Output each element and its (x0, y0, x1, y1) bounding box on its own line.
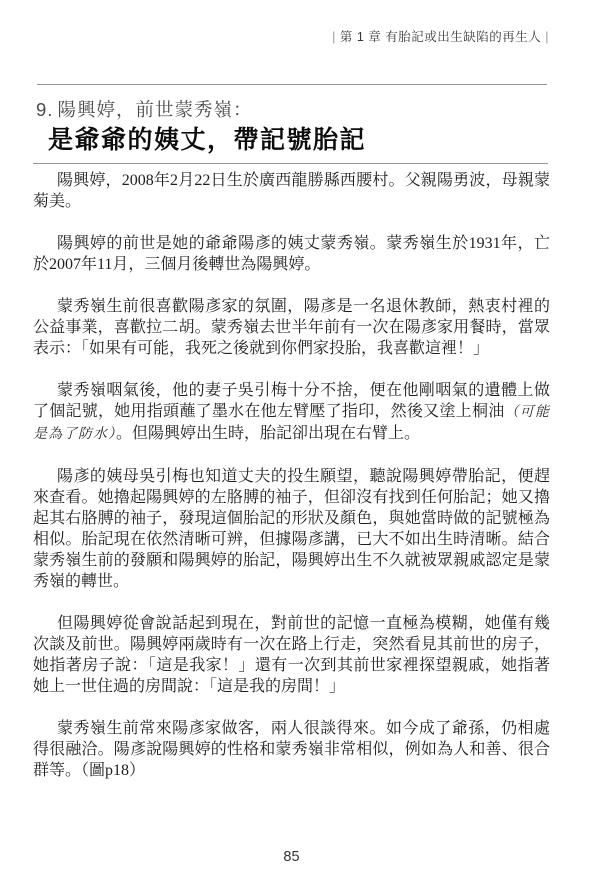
paragraph-body-mark: 蒙秀嶺咽氣後，他的妻子吳引梅十分不捨，便在他剛咽氣的遺體上做了個記號，她用指頭蘸… (33, 380, 550, 445)
paragraph-memories: 但陽興婷從會說話起到現在，對前世的記憶一直極為模糊，她僅有幾次談及前世。陽興婷兩… (33, 613, 550, 697)
paragraph-previous-life: 陽興婷的前世是她的爺爺陽彥的姨丈蒙秀嶺。蒙秀嶺生於1931年，亡於2007年11… (33, 233, 550, 275)
chapter-title: 第 1 章 有胎記或出生缺陷的再生人 (340, 30, 541, 44)
header-right-bar: | (541, 30, 553, 44)
top-rule (37, 84, 547, 85)
section-label: 9.陽興婷，前世蒙秀嶺： (36, 96, 252, 122)
running-header: |第 1 章 有胎記或出生缺陷的再生人| (328, 27, 553, 45)
article-body: 陽興婷，2008年2月22日生於廣西龍勝縣西腰村。父親陽勇波，母親蒙菊美。 陽興… (33, 170, 550, 781)
paragraph-body-mark-text: 蒙秀嶺咽氣後，他的妻子吳引梅十分不捨，便在他剛咽氣的遺體上做了個記號，她用指頭蘸… (33, 382, 550, 420)
section-subtitle: 是爺爺的姨丈，帶記號胎記 (48, 120, 366, 156)
paragraph-birthmark-check: 陽彥的姨母吳引梅也知道丈夫的投生願望，聽說陽興婷帶胎記，便趕來查看。她擼起陽興婷… (33, 466, 550, 592)
paragraph-body-mark-text-end: 。但陽興婷出生時，胎記卻出現在右臂上。 (116, 425, 420, 442)
heading-rule (33, 163, 548, 164)
header-left-bar: | (328, 30, 340, 44)
section-number: 9. (36, 99, 53, 120)
section-title: 陽興婷，前世蒙秀嶺： (57, 99, 252, 120)
paragraph-lifetime-wish: 蒙秀嶺生前很喜歡陽彥家的氛圍，陽彥是一名退休教師，熱衷村裡的公益事業，喜歡拉二胡… (33, 296, 550, 359)
book-page: |第 1 章 有胎記或出生缺陷的再生人| 9.陽興婷，前世蒙秀嶺： 是爺爺的姨丈… (0, 0, 605, 896)
paragraph-personality: 蒙秀嶺生前常來陽彥家做客，兩人很談得來。如今成了爺孫，仍相處得很融洽。陽彥說陽興… (33, 718, 550, 781)
paragraph-birth-info: 陽興婷，2008年2月22日生於廣西龍勝縣西腰村。父親陽勇波，母親蒙菊美。 (33, 170, 550, 212)
page-number: 85 (33, 849, 550, 865)
